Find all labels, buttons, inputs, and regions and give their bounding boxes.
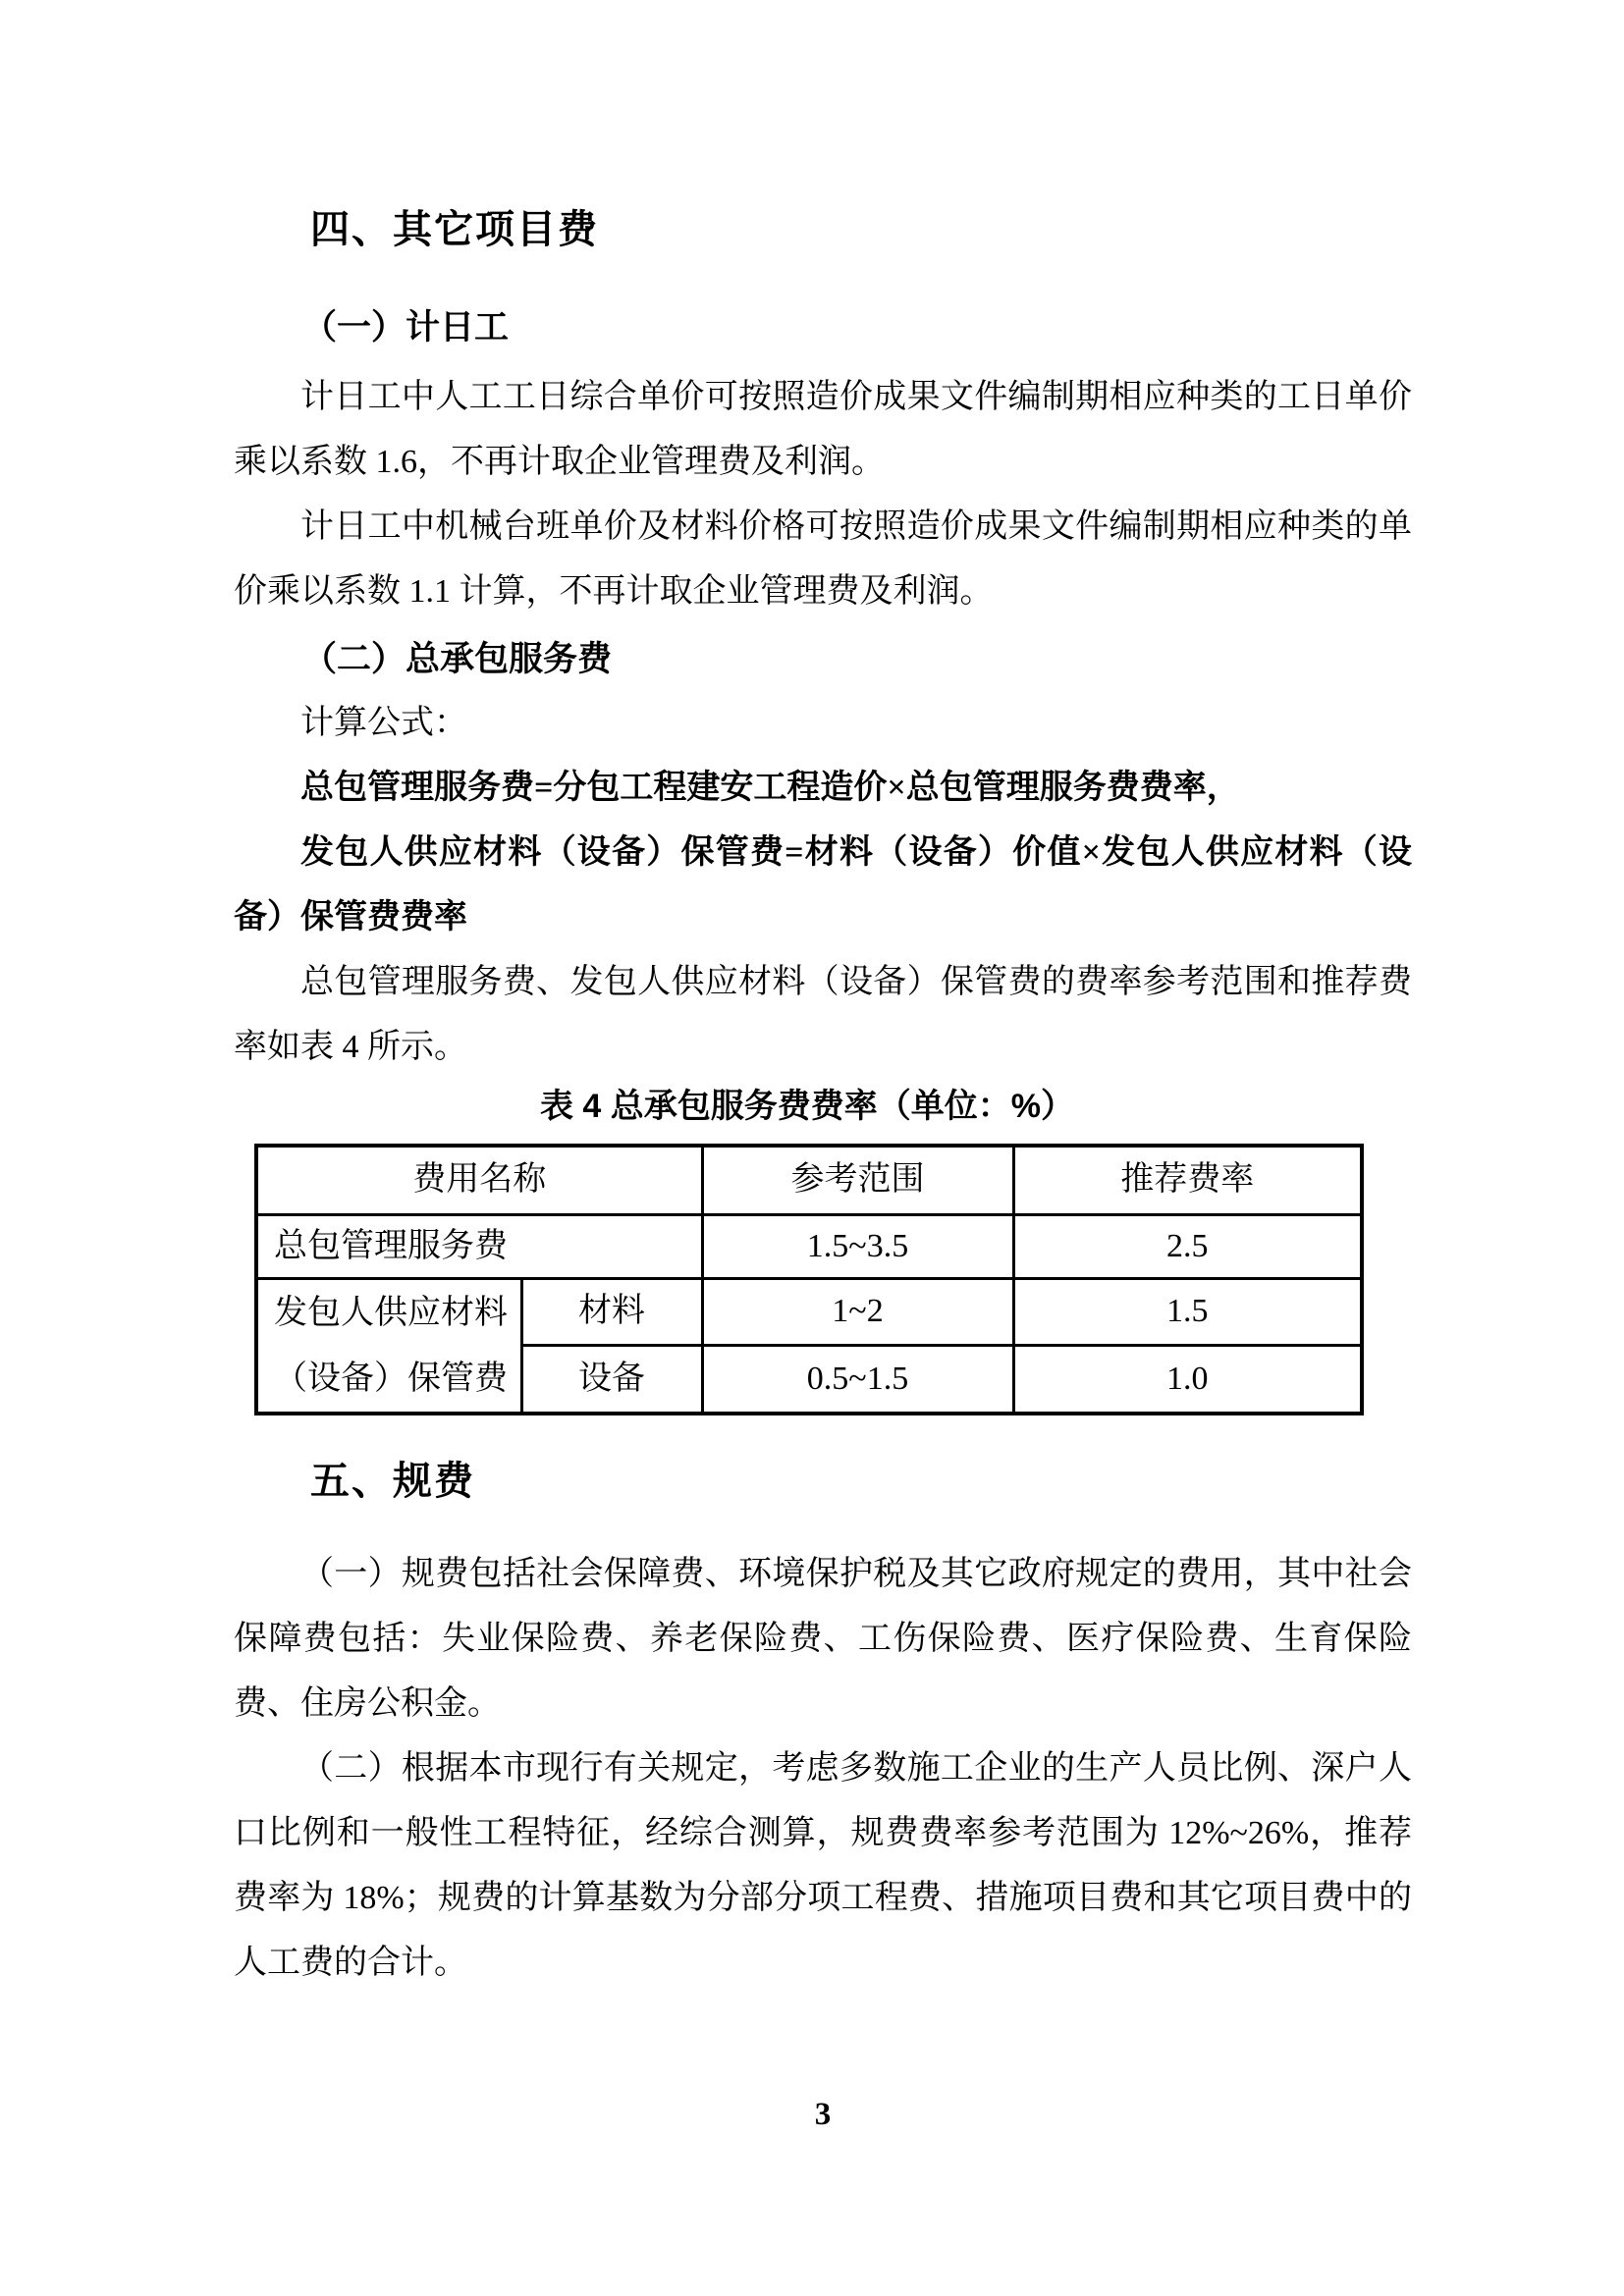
cell-owner-supplied-custody-fee: 发包人供应材料（设备）保管费 [256,1278,521,1414]
para-daily-work-machine-material: 计日工中机械台班单价及材料价格可按照造价成果文件编制期相应种类的单价乘以系数 1… [234,495,1412,624]
table4-caption: 表 4 总承包服务费费率（单位：%） [254,1085,1360,1128]
section-4-heading: 四、其它项目费 [234,206,1412,253]
section-4-2-heading: （二）总承包服务费 [234,638,1412,681]
document-page: 四、其它项目费 （一）计日工 计日工中人工工日综合单价可按照造价成果文件编制期相… [0,0,1624,2296]
table4-header-reference-range: 参考范围 [702,1146,1013,1214]
page-number: 3 [234,2093,1412,2136]
para-daily-work-labor: 计日工中人工工日综合单价可按照造价成果文件编制期相应种类的工日单价乘以系数 1.… [234,365,1412,495]
para-rate-reference: 总包管理服务费、发包人供应材料（设备）保管费的费率参考范围和推荐费率如表 4 所… [234,950,1412,1080]
cell-range: 1.5~3.5 [702,1214,1013,1278]
cell-subtype-material: 材料 [521,1278,702,1345]
table4-header-recommended-rate: 推荐费率 [1013,1146,1362,1214]
cell-owner-supplied-custody-fee-line1: 发包人供应材料 [274,1295,508,1331]
table-row: 总包管理服务费 1.5~3.5 2.5 [256,1214,1362,1278]
cell-range: 1~2 [702,1278,1013,1345]
table-header-row: 费用名称 参考范围 推荐费率 [256,1146,1362,1214]
para-statutory-fees-scope: （一）规费包括社会保障费、环境保护税及其它政府规定的费用，其中社会保障费包括：失… [234,1542,1412,1736]
para-calc-formula-intro: 计算公式： [234,691,1412,756]
table4-general-contract-service-rates: 费用名称 参考范围 推荐费率 总包管理服务费 1.5~3.5 2.5 发包人供应… [254,1144,1364,1415]
table-row: 发包人供应材料（设备）保管费 材料 1~2 1.5 [256,1278,1362,1345]
section-4-1-heading: （一）计日工 [234,306,1412,349]
cell-recommended: 1.5 [1013,1278,1362,1345]
cell-owner-supplied-custody-fee-line2: （设备）保管费 [274,1361,508,1397]
section-5-heading: 五、规费 [234,1458,1412,1505]
para-statutory-fees-rate: （二）根据本市现行有关规定，考虑多数施工企业的生产人员比例、深户人口比例和一般性… [234,1736,1412,1996]
cell-subtype-equipment: 设备 [521,1345,702,1413]
page-content: 四、其它项目费 （一）计日工 计日工中人工工日综合单价可按照造价成果文件编制期相… [234,0,1412,1996]
cell-recommended: 1.0 [1013,1345,1362,1413]
cell-range: 0.5~1.5 [702,1345,1013,1413]
cell-recommended: 2.5 [1013,1214,1362,1278]
table4-header-fee-name: 费用名称 [256,1146,702,1214]
formula-owner-supplied-material-custody-fee: 发包人供应材料（设备）保管费=材料（设备）价值×发包人供应材料（设备）保管费费率 [234,821,1412,950]
formula-general-contract-service-fee: 总包管理服务费=分包工程建安工程造价×总包管理服务费费率， [234,756,1412,821]
cell-general-contract-mgmt-fee: 总包管理服务费 [256,1214,702,1278]
